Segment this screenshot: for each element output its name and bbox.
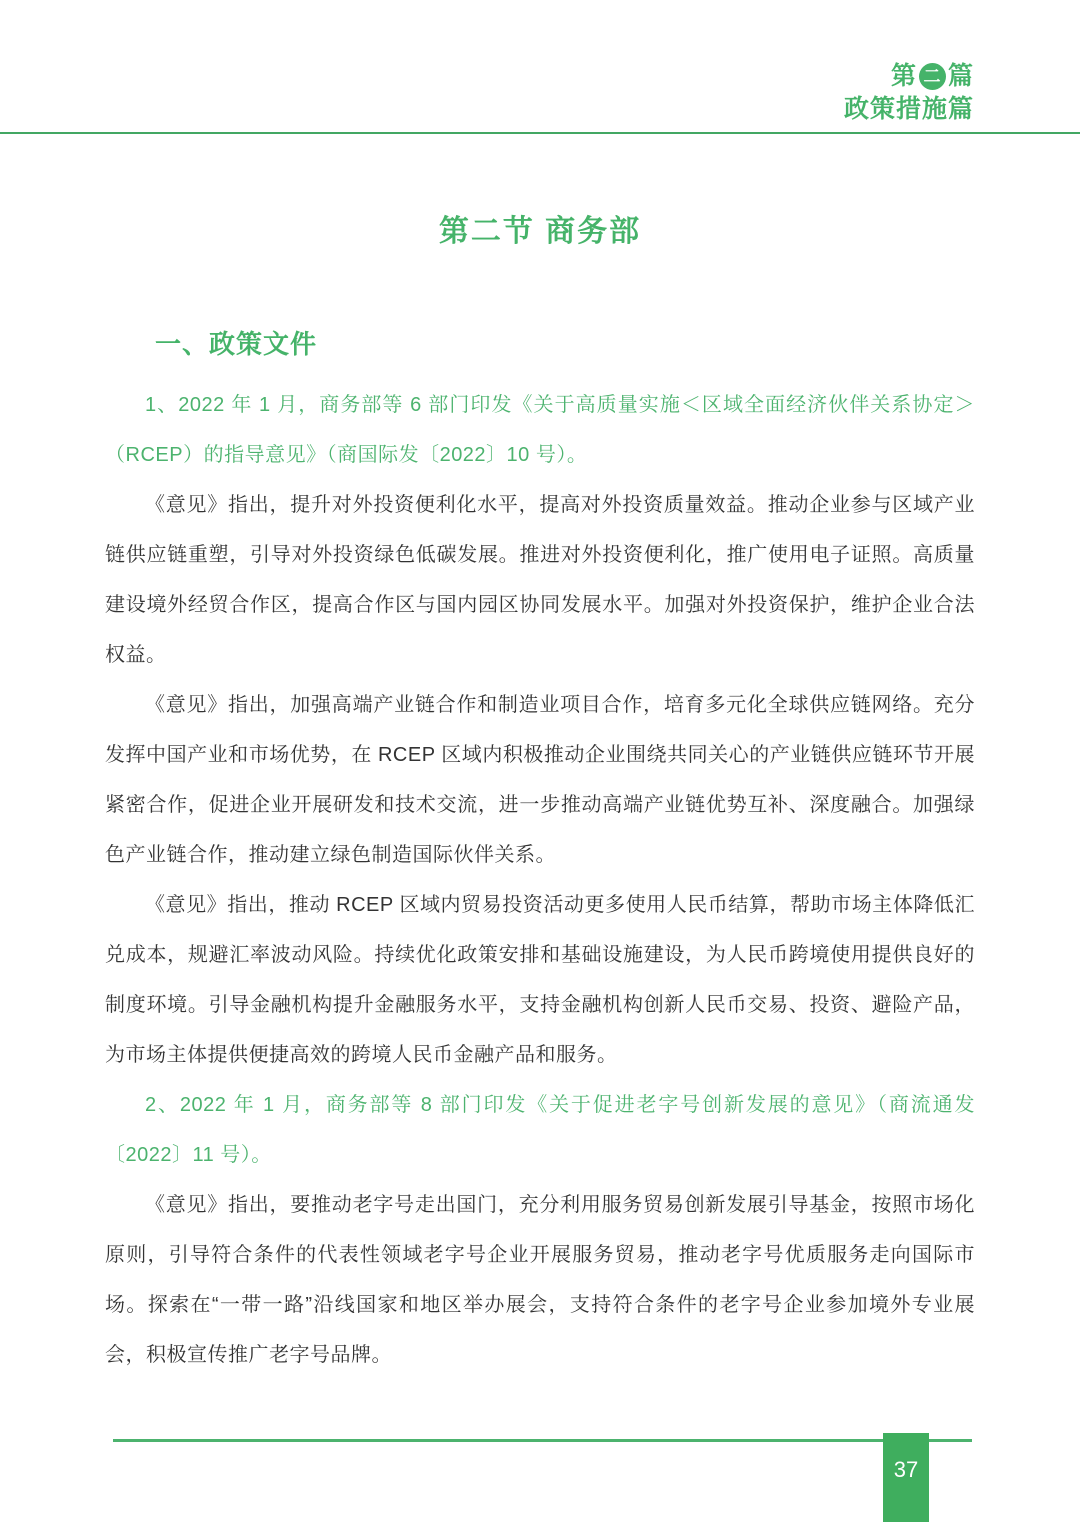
policy-1-detail-paragraph-1: 《意见》指出，提升对外投资便利化水平，提高对外投资质量效益。推动企业参与区域产业… (105, 480, 975, 680)
policy-1-detail-paragraph-2: 《意见》指出，加强高端产业链合作和制造业项目合作，培育多元化全球供应链网络。充分… (105, 680, 975, 880)
page-title: 第二节 商务部 (0, 206, 1080, 250)
page-header: 第 二 篇 政策措施篇 (844, 60, 974, 126)
part-label: 第 二 篇 (844, 60, 974, 93)
policy-1-detail-paragraph-3: 《意见》指出，推动 RCEP 区域内贸易投资活动更多使用人民币结算，帮助市场主体… (105, 880, 975, 1080)
part-prefix: 第 (891, 60, 917, 93)
policy-1-title-paragraph: 1、2022 年 1 月，商务部等 6 部门印发《关于高质量实施＜区域全面经济伙… (105, 380, 975, 480)
body-text: 1、2022 年 1 月，商务部等 6 部门印发《关于高质量实施＜区域全面经济伙… (105, 380, 975, 1380)
page-number: 37 (894, 1457, 918, 1483)
part-suffix: 篇 (948, 60, 974, 93)
section-heading: 一、政策文件 (155, 324, 317, 361)
footer-divider (113, 1439, 972, 1442)
document-page: 第 二 篇 政策措施篇 第二节 商务部 一、政策文件 1、2022 年 1 月，… (0, 0, 1080, 1527)
header-divider (0, 132, 1080, 134)
policy-2-detail-paragraph-1: 《意见》指出，要推动老字号走出国门，充分利用服务贸易创新发展引导基金，按照市场化… (105, 1180, 975, 1380)
policy-2-title-paragraph: 2、2022 年 1 月，商务部等 8 部门印发《关于促进老字号创新发展的意见》… (105, 1080, 975, 1180)
page-number-box: 37 (883, 1433, 929, 1522)
part-number-badge-icon: 二 (919, 63, 946, 90)
header-subtitle: 政策措施篇 (844, 93, 974, 126)
